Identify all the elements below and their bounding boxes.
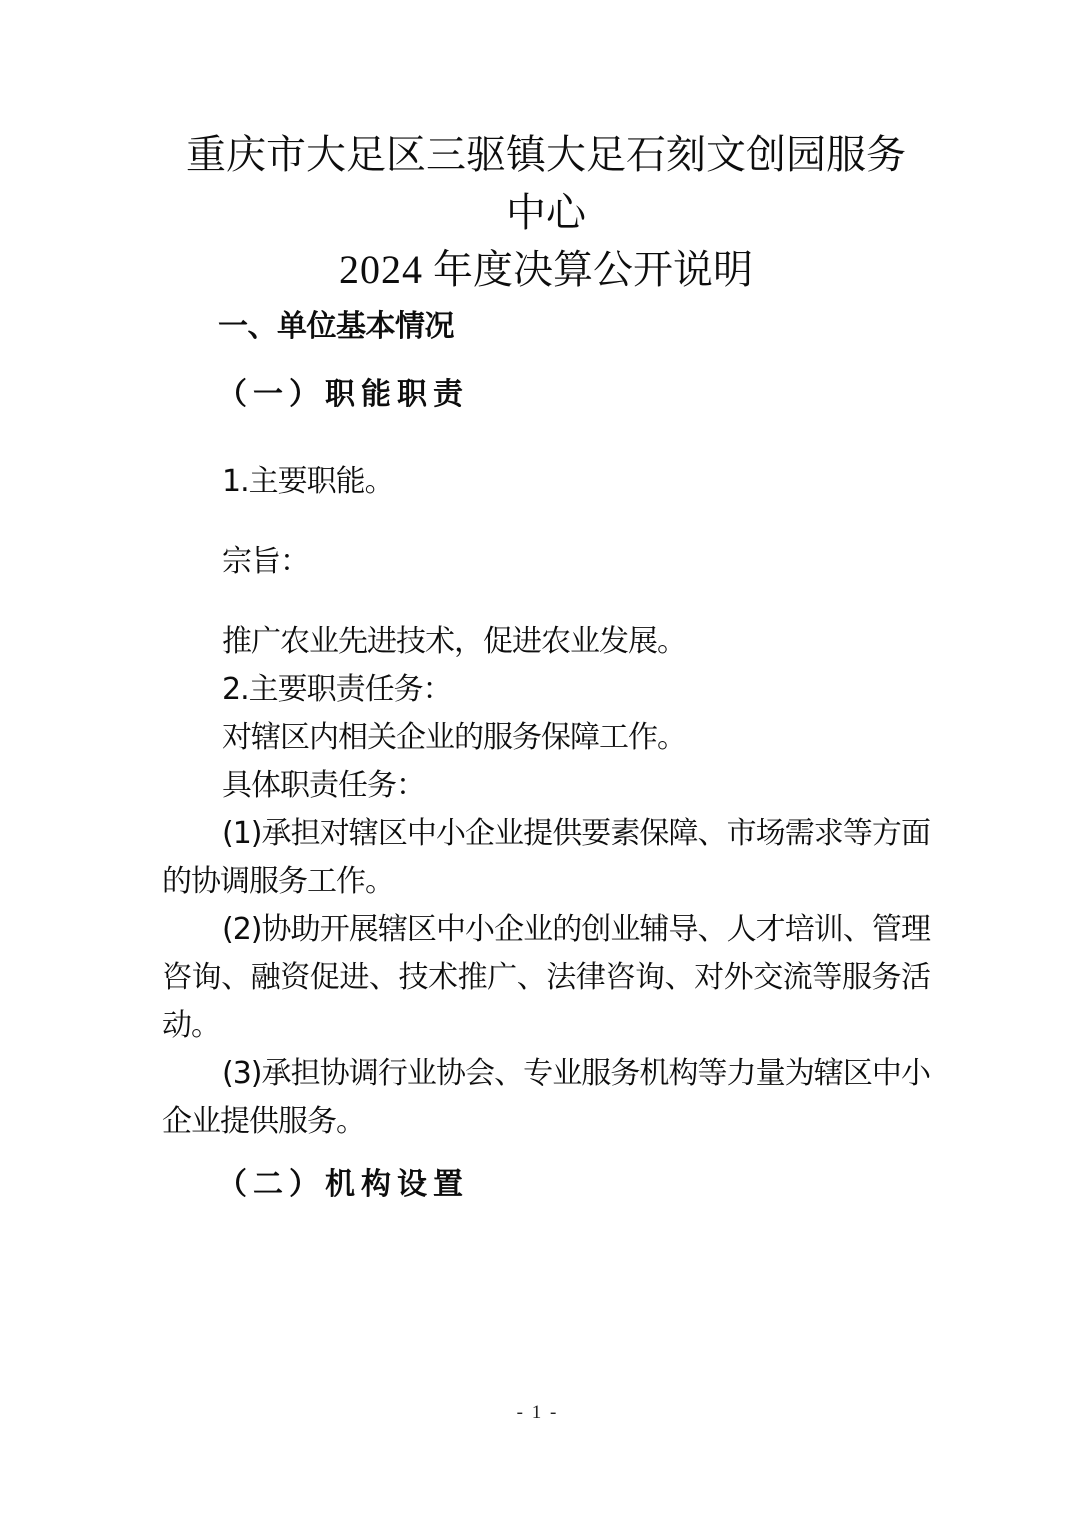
document-title-line-2: 中心 <box>162 184 930 242</box>
paragraph-main-functions: 1.主要职能。 <box>162 458 930 506</box>
document-subtitle: 2024年度决算公开说明 <box>162 242 930 298</box>
subsection-heading-duties: （一）职能职责 <box>162 372 930 418</box>
paragraph-purpose-label: 宗旨： <box>162 538 930 586</box>
page-number: - 1 - <box>517 1402 559 1423</box>
paragraph-main-tasks-label: 2.主要职责任务： <box>162 666 930 714</box>
paragraph-main-tasks-text: 对辖区内相关企业的服务保障工作。 <box>162 714 930 762</box>
paragraph-task-3: (3)承担协调行业协会、专业服务机构等力量为辖区中小企业提供服务。 <box>162 1050 930 1146</box>
subtitle-text: 年度决算公开说明 <box>433 247 753 293</box>
paragraph-specific-tasks-label: 具体职责任务： <box>162 762 930 810</box>
subsection-heading-organization: （二）机构设置 <box>162 1162 930 1208</box>
document-title-line-1: 重庆市大足区三驱镇大足石刻文创园服务 <box>162 126 930 184</box>
paragraph-task-2: (2)协助开展辖区中小企业的创业辅导、人才培训、管理咨询、融资促进、技术推广、法… <box>162 906 930 1050</box>
document-title: 重庆市大足区三驱镇大足石刻文创园服务 中心 <box>162 0 930 242</box>
page-footer: - 1 - <box>0 1402 1075 1424</box>
paragraph-task-1: (1)承担对辖区中小企业提供要素保障、市场需求等方面的协调服务工作。 <box>162 810 930 906</box>
subtitle-year: 2024 <box>339 247 423 292</box>
section-heading-basic-info: 一、单位基本情况 <box>162 304 930 350</box>
paragraph-purpose-text: 推广农业先进技术，促进农业发展。 <box>162 618 930 666</box>
document-page: 重庆市大足区三驱镇大足石刻文创园服务 中心 2024年度决算公开说明 一、单位基… <box>0 0 1075 1520</box>
document-content: 重庆市大足区三驱镇大足石刻文创园服务 中心 2024年度决算公开说明 一、单位基… <box>0 0 1075 1208</box>
